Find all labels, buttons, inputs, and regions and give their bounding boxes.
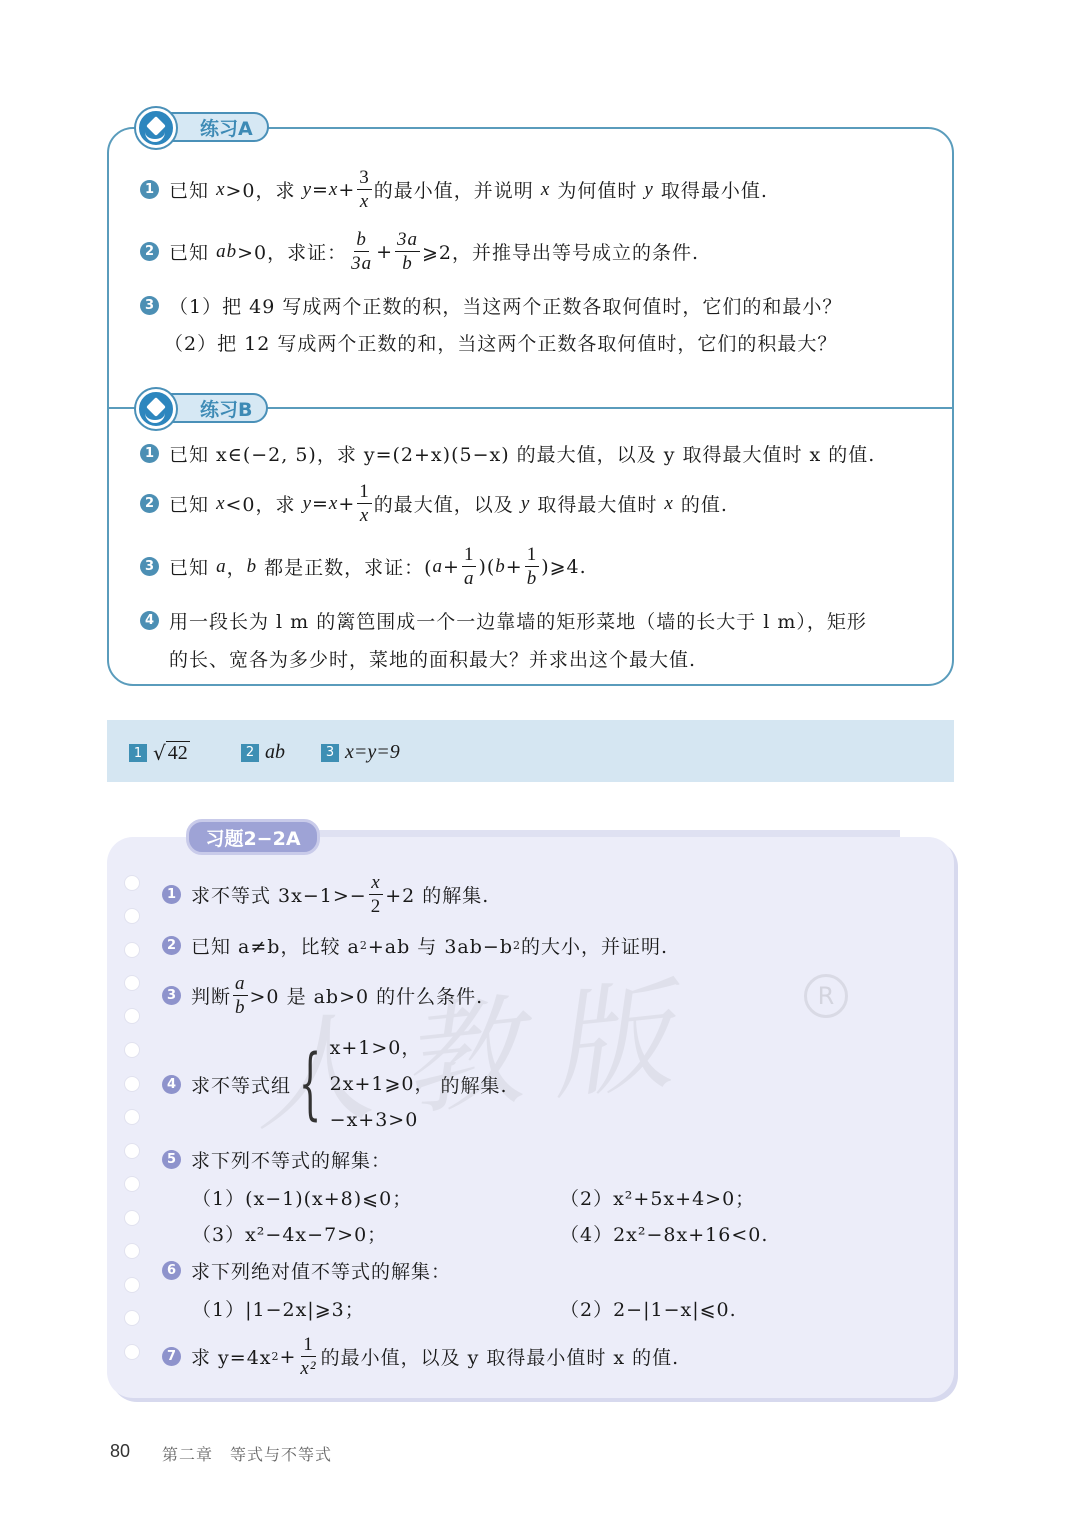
system-lines: x+1>0， 2x+1⩾0， −x+3>0: [330, 1030, 435, 1138]
text: 已知: [169, 490, 209, 517]
numerator: 1: [462, 545, 477, 567]
exercise-question-4: 4 求不等式组 { x+1>0， 2x+1⩾0， −x+3>0 的解集.: [162, 1030, 508, 1138]
question-number: 6: [162, 1261, 181, 1280]
inequality-system: { x+1>0， 2x+1⩾0， −x+3>0: [291, 1030, 434, 1138]
exercise-question-5-item-3: （3）x²−4x−7>0；: [192, 1220, 387, 1247]
exercise-question-5-item-2: （2）x²+5x+4>0；: [560, 1184, 755, 1211]
fraction: x2: [369, 873, 384, 916]
text: 已知: [169, 176, 209, 203]
text: 已知 a≠b，比较 a: [191, 932, 360, 959]
practice-a-tag: 练习A: [140, 112, 269, 142]
answer-number: 1: [129, 744, 147, 762]
var: a: [216, 556, 227, 578]
answer-number: 2: [241, 744, 259, 762]
fraction: b3a: [349, 230, 374, 273]
text: 已知: [169, 238, 209, 265]
var: x: [329, 493, 338, 515]
chapter-title: 第二章 等式与不等式: [162, 1442, 332, 1465]
text: （2）把 12 写成两个正数的和，当这两个正数各取何值时，它们的积最大？: [164, 329, 837, 356]
practice-b-tag: 练习B: [140, 393, 268, 423]
binder-hole: [124, 1076, 140, 1092]
practice-b-question-1: 1 已知 x∈(−2, 5)，求 y=(2+x)(5−x) 的最大值，以及 y …: [140, 440, 875, 467]
practice-a-question-1: 1 已知 x>0，求 y=x+ 3x 的最小值，并说明 x 为何值时 y 取得最…: [140, 168, 768, 211]
question-number: 4: [162, 1075, 181, 1094]
binder-hole: [124, 1210, 140, 1226]
fraction: 3x: [357, 168, 372, 211]
fraction: 1b: [525, 545, 540, 588]
text: （2）x²+5x+4>0；: [560, 1184, 755, 1211]
practice-b-question-3: 3 已知 a，b 都是正数，求证：(a+ 1a )(b+ 1b )⩾4.: [140, 545, 587, 588]
practice-b-title: 练习B: [200, 395, 252, 422]
answer-3: 3 x=y=9: [321, 741, 400, 764]
text: 的值.: [681, 490, 728, 517]
text: +ab 与 3ab−b: [368, 932, 513, 959]
binder-hole: [124, 1042, 140, 1058]
answer-value: x=y=9: [345, 741, 400, 764]
numerator: 1: [525, 545, 540, 567]
fraction: 1a: [462, 545, 477, 588]
denominator: 3a: [349, 252, 374, 273]
text: （4）2x²−8x+16<0.: [560, 1220, 768, 1247]
system-line: −x+3>0: [330, 1102, 435, 1138]
question-number: 1: [162, 885, 181, 904]
exercise-question-1: 1 求不等式 3x−1>− x2 +2 的解集.: [162, 873, 489, 916]
text: 的最小值，并说明: [374, 176, 534, 203]
numerator: a: [233, 974, 248, 996]
exercise-question-5-item-4: （4）2x²−8x+16<0.: [560, 1220, 768, 1247]
exercise-question-6-item-2: （2）2−|1−x|⩽0.: [560, 1295, 737, 1322]
text: 求不等式组: [191, 1071, 291, 1098]
radical-sign: √: [153, 741, 166, 765]
text: >0 是 ab>0 的什么条件.: [250, 982, 484, 1009]
registered-mark-icon: R: [804, 974, 848, 1018]
text: 取得最小值.: [661, 176, 768, 203]
binder-hole: [124, 875, 140, 891]
text: +: [376, 241, 393, 263]
exercise-question-7: 7 求 y=4x2+ 1x² 的最小值，以及 y 取得最小值时 x 的值.: [162, 1335, 679, 1378]
var: a: [433, 556, 444, 578]
radicand: 42: [166, 741, 190, 765]
exercise-question-2: 2 已知 a≠b，比较 a2+ab 与 3ab−b2 的大小，并证明.: [162, 932, 668, 959]
var: b: [495, 556, 506, 578]
text: 求 y=4x: [191, 1343, 272, 1370]
text: )(: [478, 556, 495, 578]
numerator: 1: [357, 482, 372, 504]
question-number: 2: [162, 936, 181, 955]
question-number: 4: [140, 611, 159, 630]
text: +2 的解集.: [385, 881, 489, 908]
text: 已知 x∈(−2, 5)，求 y=(2+x)(5−x) 的最大值，以及 y 取得…: [169, 440, 875, 467]
question-number: 1: [140, 180, 159, 199]
denominator: b: [525, 567, 540, 588]
text: +: [506, 556, 523, 578]
answer-strip: 1 √42 2 ab 3 x=y=9: [107, 720, 954, 782]
text: 求下列绝对值不等式的解集：: [191, 1257, 451, 1284]
practice-b-question-4-line-2: 的长、宽各为多少时，菜地的面积最大？并求出这个最大值.: [169, 645, 696, 672]
exponent: 2: [360, 939, 368, 952]
practice-b-question-2: 2 已知 x<0，求 y=x+ 1x 的最大值，以及 y 取得最大值时 x 的值…: [140, 482, 728, 525]
numerator: 1: [301, 1335, 316, 1357]
text: 求下列不等式的解集：: [191, 1146, 391, 1173]
denominator: x: [358, 190, 371, 211]
text: 的最大值，以及: [374, 490, 514, 517]
binder-hole: [124, 1277, 140, 1293]
left-brace: {: [299, 1045, 322, 1123]
text: 求不等式 3x−1>−: [191, 881, 367, 908]
text: （1）把 49 写成两个正数的积，当这两个正数各取何值时，它们的和最小？: [169, 292, 842, 319]
var: x: [216, 493, 225, 515]
text: +: [338, 179, 355, 201]
var: b: [247, 556, 258, 578]
text: =: [312, 493, 329, 515]
text: 的最小值，以及 y 取得最小值时 x 的值.: [321, 1343, 680, 1370]
question-number: 2: [140, 242, 159, 261]
binder-hole: [124, 1008, 140, 1024]
practice-a-question-2: 2 已知 ab>0，求证： b3a+3ab ⩾2，并推导出等号成立的条件.: [140, 230, 699, 273]
fraction: 1x: [357, 482, 372, 525]
text: 的大小，并证明.: [521, 932, 668, 959]
var: y: [303, 179, 312, 201]
practice-a-title: 练习A: [200, 114, 253, 141]
practice-a-question-3-part-2: （2）把 12 写成两个正数的和，当这两个正数各取何值时，它们的积最大？: [164, 329, 837, 356]
text: 用一段长为 l m 的篱笆围成一个一边靠墙的矩形菜地（墙的长大于 l m），矩形: [169, 607, 867, 634]
fraction: 1x²: [298, 1335, 318, 1378]
text: 取得最大值时: [537, 490, 657, 517]
var: x: [216, 179, 225, 201]
question-number: 3: [162, 986, 181, 1005]
exercise-question-6: 6 求下列绝对值不等式的解集：: [162, 1257, 451, 1284]
text: +: [280, 1346, 297, 1368]
fraction: 3ab: [395, 230, 420, 273]
binder-hole: [124, 975, 140, 991]
numerator: 3: [357, 168, 372, 190]
text: 的解集.: [440, 1071, 507, 1098]
binder-hole: [124, 1176, 140, 1192]
square-root: √42: [153, 741, 190, 765]
denominator: a: [462, 567, 477, 588]
question-number: 2: [140, 494, 159, 513]
numerator: 3a: [395, 230, 420, 252]
text: <0，求: [226, 490, 296, 517]
binder-hole: [124, 908, 140, 924]
question-number: 5: [162, 1150, 181, 1169]
text: 判断: [191, 982, 231, 1009]
answer-1: 1 √42: [129, 741, 190, 765]
text: 为何值时: [557, 176, 637, 203]
text: >0，求证：: [237, 238, 347, 265]
var: y: [303, 493, 312, 515]
question-number: 3: [140, 557, 159, 576]
practice-icon: [136, 108, 176, 148]
text: +: [443, 556, 460, 578]
exercise-question-5: 5 求下列不等式的解集：: [162, 1146, 391, 1173]
exercise-question-5-item-1: （1）(x−1)(x+8)⩽0；: [192, 1184, 412, 1211]
exercise-title: 习题2−2A: [205, 824, 300, 851]
var: x: [329, 179, 338, 201]
exercise-question-6-item-1: （1）|1−2x|⩾3；: [192, 1295, 365, 1322]
numerator: b: [354, 230, 369, 252]
text: )⩾4.: [541, 556, 586, 578]
answer-2: 2 ab: [241, 741, 285, 764]
exercise-tag: 习题2−2A: [186, 819, 320, 855]
practice-icon: [136, 389, 176, 429]
var: x: [541, 179, 550, 201]
answer-value: ab: [265, 741, 285, 764]
system-line: x+1>0，: [330, 1030, 435, 1066]
text: >0，求: [226, 176, 296, 203]
page-number: 80: [110, 1441, 130, 1462]
text: 都是正数，求证：(: [264, 553, 432, 580]
text: （2）2−|1−x|⩽0.: [560, 1295, 737, 1322]
var: x: [664, 493, 673, 515]
binder-hole: [124, 1310, 140, 1326]
numerator: x: [369, 873, 382, 895]
text: （1）|1−2x|⩾3；: [192, 1295, 365, 1322]
exponent: 2: [513, 939, 521, 952]
denominator: 2: [369, 895, 384, 916]
text: ⩾2，并推导出等号成立的条件.: [422, 238, 699, 265]
denominator: x²: [298, 1357, 318, 1378]
denominator: x: [358, 504, 371, 525]
var: y: [644, 179, 653, 201]
text: +: [338, 493, 355, 515]
binder-hole: [124, 1109, 140, 1125]
denominator: b: [400, 252, 415, 273]
var: ab: [216, 241, 237, 263]
text: ，: [227, 553, 247, 580]
denominator: b: [233, 996, 248, 1017]
binder-hole: [124, 1243, 140, 1259]
binder-hole: [124, 942, 140, 958]
binder-hole: [124, 1143, 140, 1159]
system-line: 2x+1⩾0，: [330, 1066, 435, 1102]
answer-number: 3: [321, 744, 339, 762]
practice-a-question-3-part-1: 3 （1）把 49 写成两个正数的积，当这两个正数各取何值时，它们的和最小？: [140, 292, 842, 319]
question-number: 1: [140, 444, 159, 463]
text: 的长、宽各为多少时，菜地的面积最大？并求出这个最大值.: [169, 645, 696, 672]
text: （3）x²−4x−7>0；: [192, 1220, 387, 1247]
binder-hole: [124, 1344, 140, 1360]
exponent: 2: [272, 1350, 280, 1363]
question-number: 7: [162, 1347, 181, 1366]
text: 已知: [169, 553, 209, 580]
question-number: 3: [140, 296, 159, 315]
text: =: [312, 179, 329, 201]
text: （1）(x−1)(x+8)⩽0；: [192, 1184, 412, 1211]
var: y: [521, 493, 530, 515]
practice-b-question-4-line-1: 4 用一段长为 l m 的篱笆围成一个一边靠墙的矩形菜地（墙的长大于 l m），…: [140, 607, 867, 634]
exercise-question-3: 3 判断 ab >0 是 ab>0 的什么条件.: [162, 974, 483, 1017]
fraction: ab: [233, 974, 248, 1017]
